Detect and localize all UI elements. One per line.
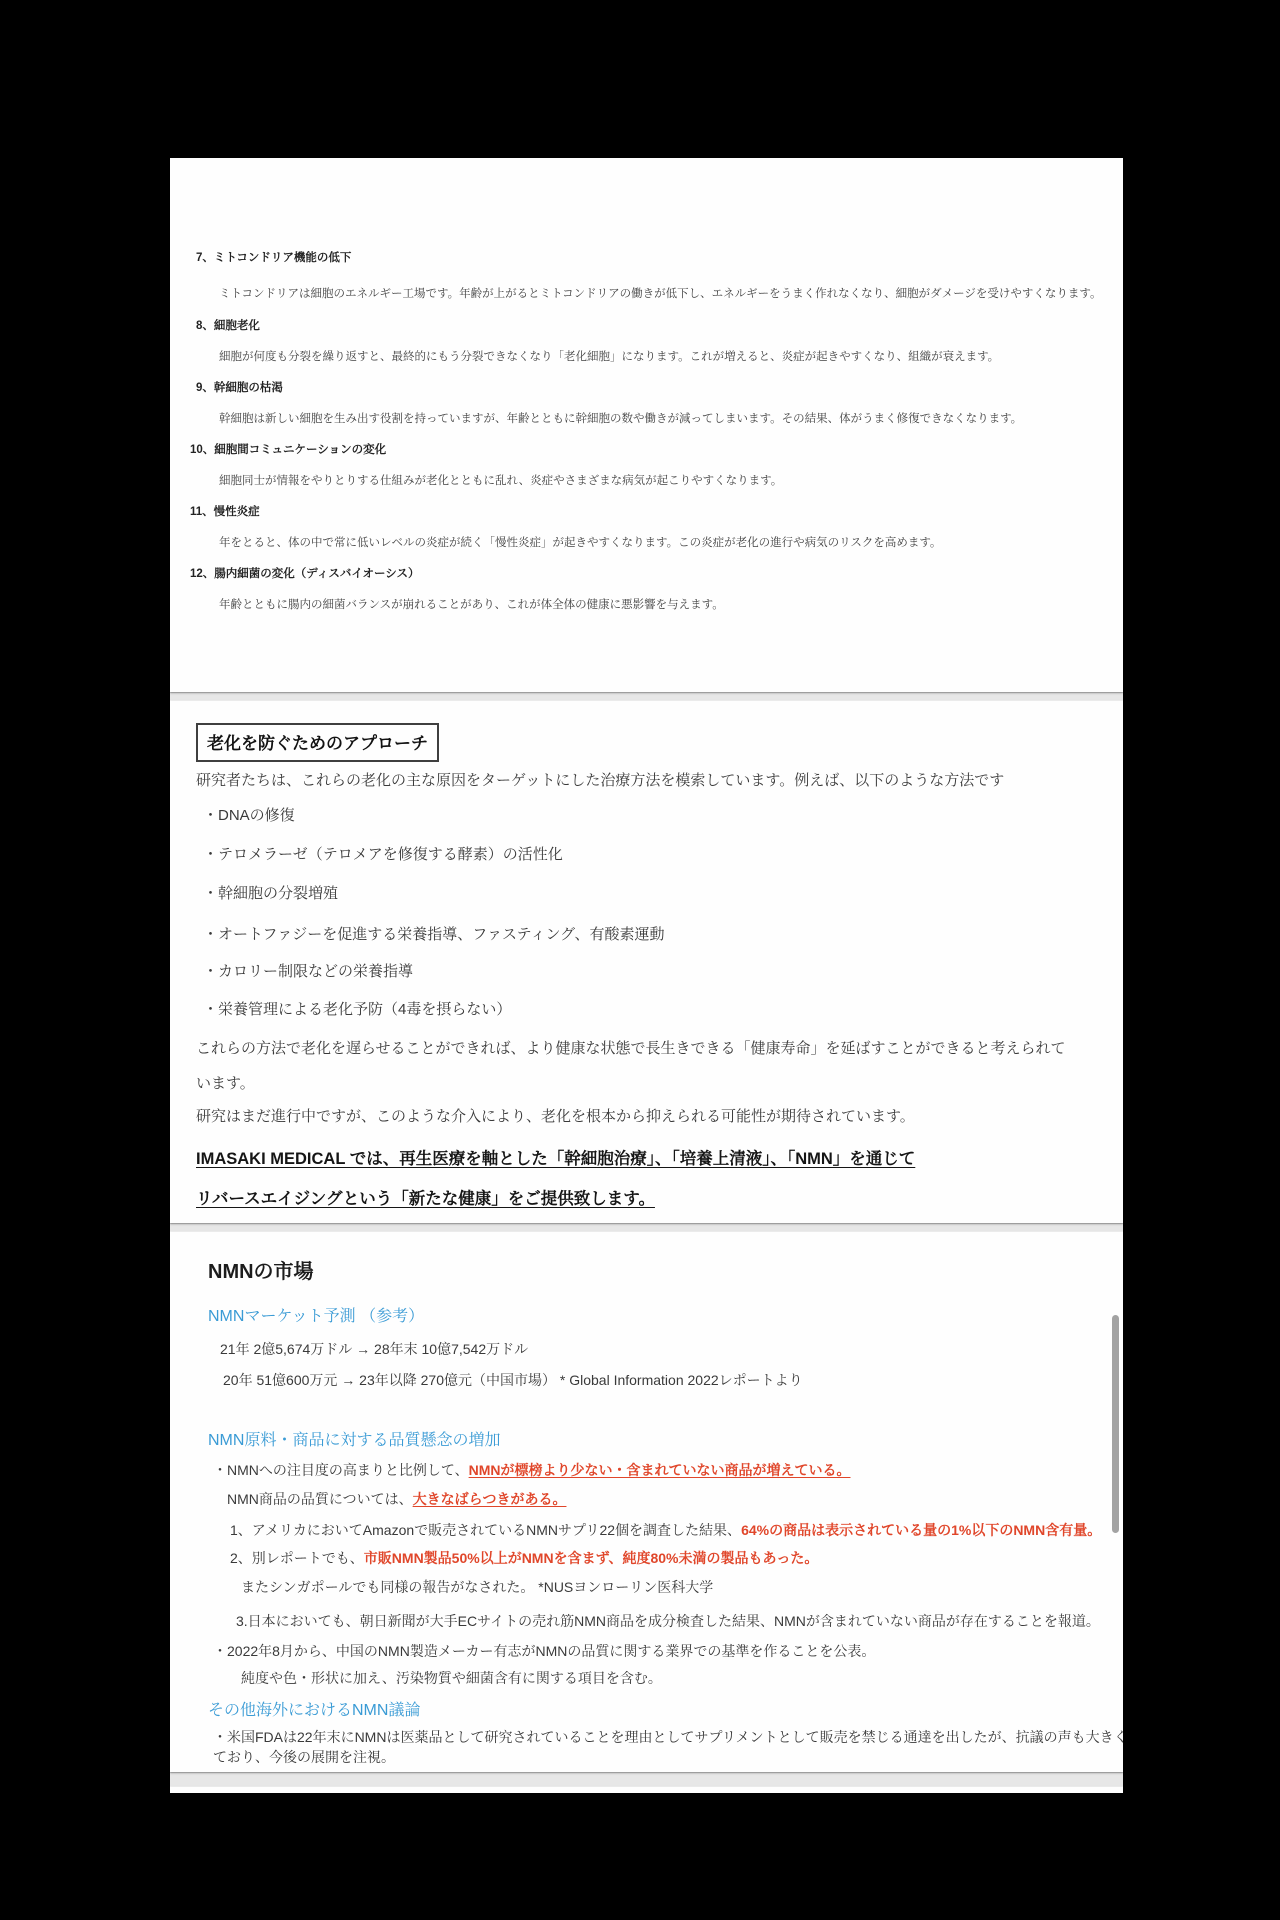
aging-item-12-body: 年齢とともに腸内の細菌バランスが崩れることがあり、これが体全体の健康に悪影響を与… (219, 598, 724, 612)
overseas-fda-line1: ・米国FDAは22年末にNMNは医薬品として研究されていることを理由としてサプリ… (213, 1729, 1123, 1747)
page-2: 老化を防ぐためのアプローチ 研究者たちは、これらの老化の主な原因をターゲットにし… (170, 701, 1123, 1223)
document-viewer: { "colors": { "viewer_bg": "#000000", "p… (0, 0, 1280, 1920)
text-segment: 大きなばらつきがある。 (413, 1491, 567, 1507)
text-segment: 3.日本においても、朝日新聞が大手ECサイトの売れ筋NMN商品を成分検査した結果… (236, 1613, 1100, 1629)
text-segment: NMNが標榜より少ない・含まれていない商品が増えている。 (469, 1462, 851, 1478)
page-3: NMNの市場 NMNマーケット予測 （参考） 21年 2億5,674万ドル → … (170, 1232, 1123, 1772)
text-segment: 2、別レポートでも、 (230, 1550, 364, 1566)
approach-intro: 研究者たちは、これらの老化の主な原因をターゲットにした治療方法を模索しています。… (196, 772, 1004, 791)
quality-item-1-usa: 1、アメリカにおいてAmazonで販売されているNMNサプリ22個を調査した結果… (230, 1522, 1101, 1540)
quality-standard-detail: 純度や色・形状に加え、汚染物質や細菌含有に関する項目を含む。 (241, 1670, 662, 1688)
text-segment: NMN商品の品質については、 (227, 1491, 413, 1507)
healthspan-paragraph-line1: これらの方法で老化を遅らせることができれば、より健康な状態で長生きできる「健康寿… (196, 1040, 1066, 1059)
page-4-sliver (170, 1787, 1123, 1793)
aging-item-7-body: ミトコンドリアは細胞のエネルギー工場です。年齢が上がるとミトコンドリアの働きが低… (219, 287, 1102, 301)
overseas-discussion-heading: その他海外におけるNMN議論 (208, 1701, 420, 1721)
page-gap-3 (170, 1772, 1123, 1787)
aging-item-8-heading: 8、細胞老化 (196, 319, 260, 333)
document-column: 7、ミトコンドリア機能の低下 ミトコンドリアは細胞のエネルギー工場です。年齢が上… (170, 158, 1123, 1793)
quality-bullet-china-standard: ・2022年8月から、中国のNMN製造メーカー有志がNMNの品質に関する業界での… (213, 1643, 875, 1661)
nmn-market-title: NMNの市場 (208, 1260, 314, 1285)
overseas-fda-line2: ており、今後の展開を注視。 (213, 1749, 395, 1767)
text-segment: ・NMNへの注目度の高まりと比例して、 (213, 1462, 469, 1478)
aging-item-11-heading: 11、慢性炎症 (190, 505, 260, 519)
approach-box-heading: 老化を防ぐためのアプローチ (196, 723, 439, 762)
text-segment: 64%の商品は表示されている量の1%以下のNMN含有量。 (741, 1522, 1101, 1538)
text-segment: ・2022年8月から、中国のNMN製造メーカー有志がNMNの品質に関する業界での… (213, 1643, 875, 1659)
scrollbar-thumb[interactable] (1112, 1315, 1119, 1533)
healthspan-paragraph-line2: います。 (196, 1075, 255, 1094)
approach-bullet-telomerase: ・テロメラーゼ（テロメアを修復する酵素）の活性化 (203, 846, 563, 865)
approach-bullet-calorie: ・カロリー制限などの栄養指導 (203, 963, 413, 982)
quality-variation-line: NMN商品の品質については、大きなばらつきがある。 (227, 1491, 566, 1509)
approach-bullet-autophagy: ・オートファジーを促進する栄養指導、ファスティング、有酸素運動 (203, 926, 665, 945)
approach-bullet-nutrition: ・栄養管理による老化予防（4毒を摂らない） (203, 1001, 511, 1020)
aging-item-11-body: 年をとると、体の中で常に低いレベルの炎症が続く「慢性炎症」が起きやすくなります。… (219, 536, 941, 550)
aging-item-10-heading: 10、細胞間コミュニケーションの変化 (190, 443, 386, 457)
market-forecast-heading: NMNマーケット予測 （参考） (208, 1307, 424, 1327)
text-segment: 1、アメリカにおいてAmazonで販売されているNMNサプリ22個を調査した結果… (230, 1522, 741, 1538)
text-segment: 純度や色・形状に加え、汚染物質や細菌含有に関する項目を含む。 (241, 1670, 662, 1686)
aging-item-9-body: 幹細胞は新しい細胞を生み出す役割を持っていますが、年齢とともに幹細胞の数や働きが… (219, 412, 1022, 426)
aging-item-10-body: 細胞同士が情報をやりとりする仕組みが老化とともに乱れ、炎症やさまざまな病気が起こ… (219, 474, 782, 488)
quality-item-3-japan: 3.日本においても、朝日新聞が大手ECサイトの売れ筋NMN商品を成分検査した結果… (236, 1613, 1100, 1631)
approach-bullet-dna: ・DNAの修復 (203, 807, 295, 826)
approach-bullet-stem-cell: ・幹細胞の分裂増殖 (203, 885, 338, 904)
imasaki-medical-statement-line1: IMASAKI MEDICAL では、再生医療を軸とした「幹細胞治療」、「培養上… (196, 1149, 915, 1170)
market-forecast-china-line: 20年 51億600万元 → 23年以降 270億元（中国市場） * Globa… (223, 1372, 803, 1390)
quality-bullet-mislabeled: ・NMNへの注目度の高まりと比例して、NMNが標榜より少ない・含まれていない商品… (213, 1462, 851, 1480)
aging-item-9-heading: 9、幹細胞の枯渇 (196, 381, 283, 395)
quality-item-2-report: 2、別レポートでも、市販NMN製品50%以上がNMNを含まず、純度80%未満の製… (230, 1550, 818, 1568)
market-forecast-usd-line: 21年 2億5,674万ドル → 28年末 10億7,542万ドル (220, 1341, 528, 1359)
page-1: 7、ミトコンドリア機能の低下 ミトコンドリアは細胞のエネルギー工場です。年齢が上… (170, 158, 1123, 692)
aging-item-7-heading: 7、ミトコンドリア機能の低下 (196, 251, 351, 265)
text-segment: 市販NMN製品50%以上がNMNを含まず、純度80%未満の製品もあった。 (364, 1550, 819, 1566)
quality-concern-heading: NMN原料・商品に対する品質懸念の増加 (208, 1431, 500, 1451)
aging-item-8-body: 細胞が何度も分裂を繰り返すと、最終的にもう分裂できなくなり「老化細胞」になります… (219, 350, 999, 364)
aging-item-12-heading: 12、腸内細菌の変化（ディスバイオーシス） (190, 567, 419, 581)
text-segment: またシンガポールでも同様の報告がなされた。 *NUSヨンローリン医科大学 (241, 1579, 713, 1595)
research-progress-paragraph: 研究はまだ進行中ですが、このような介入により、老化を根本から抑えられる可能性が期… (196, 1108, 915, 1127)
quality-singapore-note: またシンガポールでも同様の報告がなされた。 *NUSヨンローリン医科大学 (241, 1579, 713, 1597)
page-gap-1 (170, 692, 1123, 701)
page-gap-2 (170, 1223, 1123, 1232)
imasaki-medical-statement-line2: リバースエイジングという「新たな健康」をご提供致します。 (196, 1189, 655, 1210)
